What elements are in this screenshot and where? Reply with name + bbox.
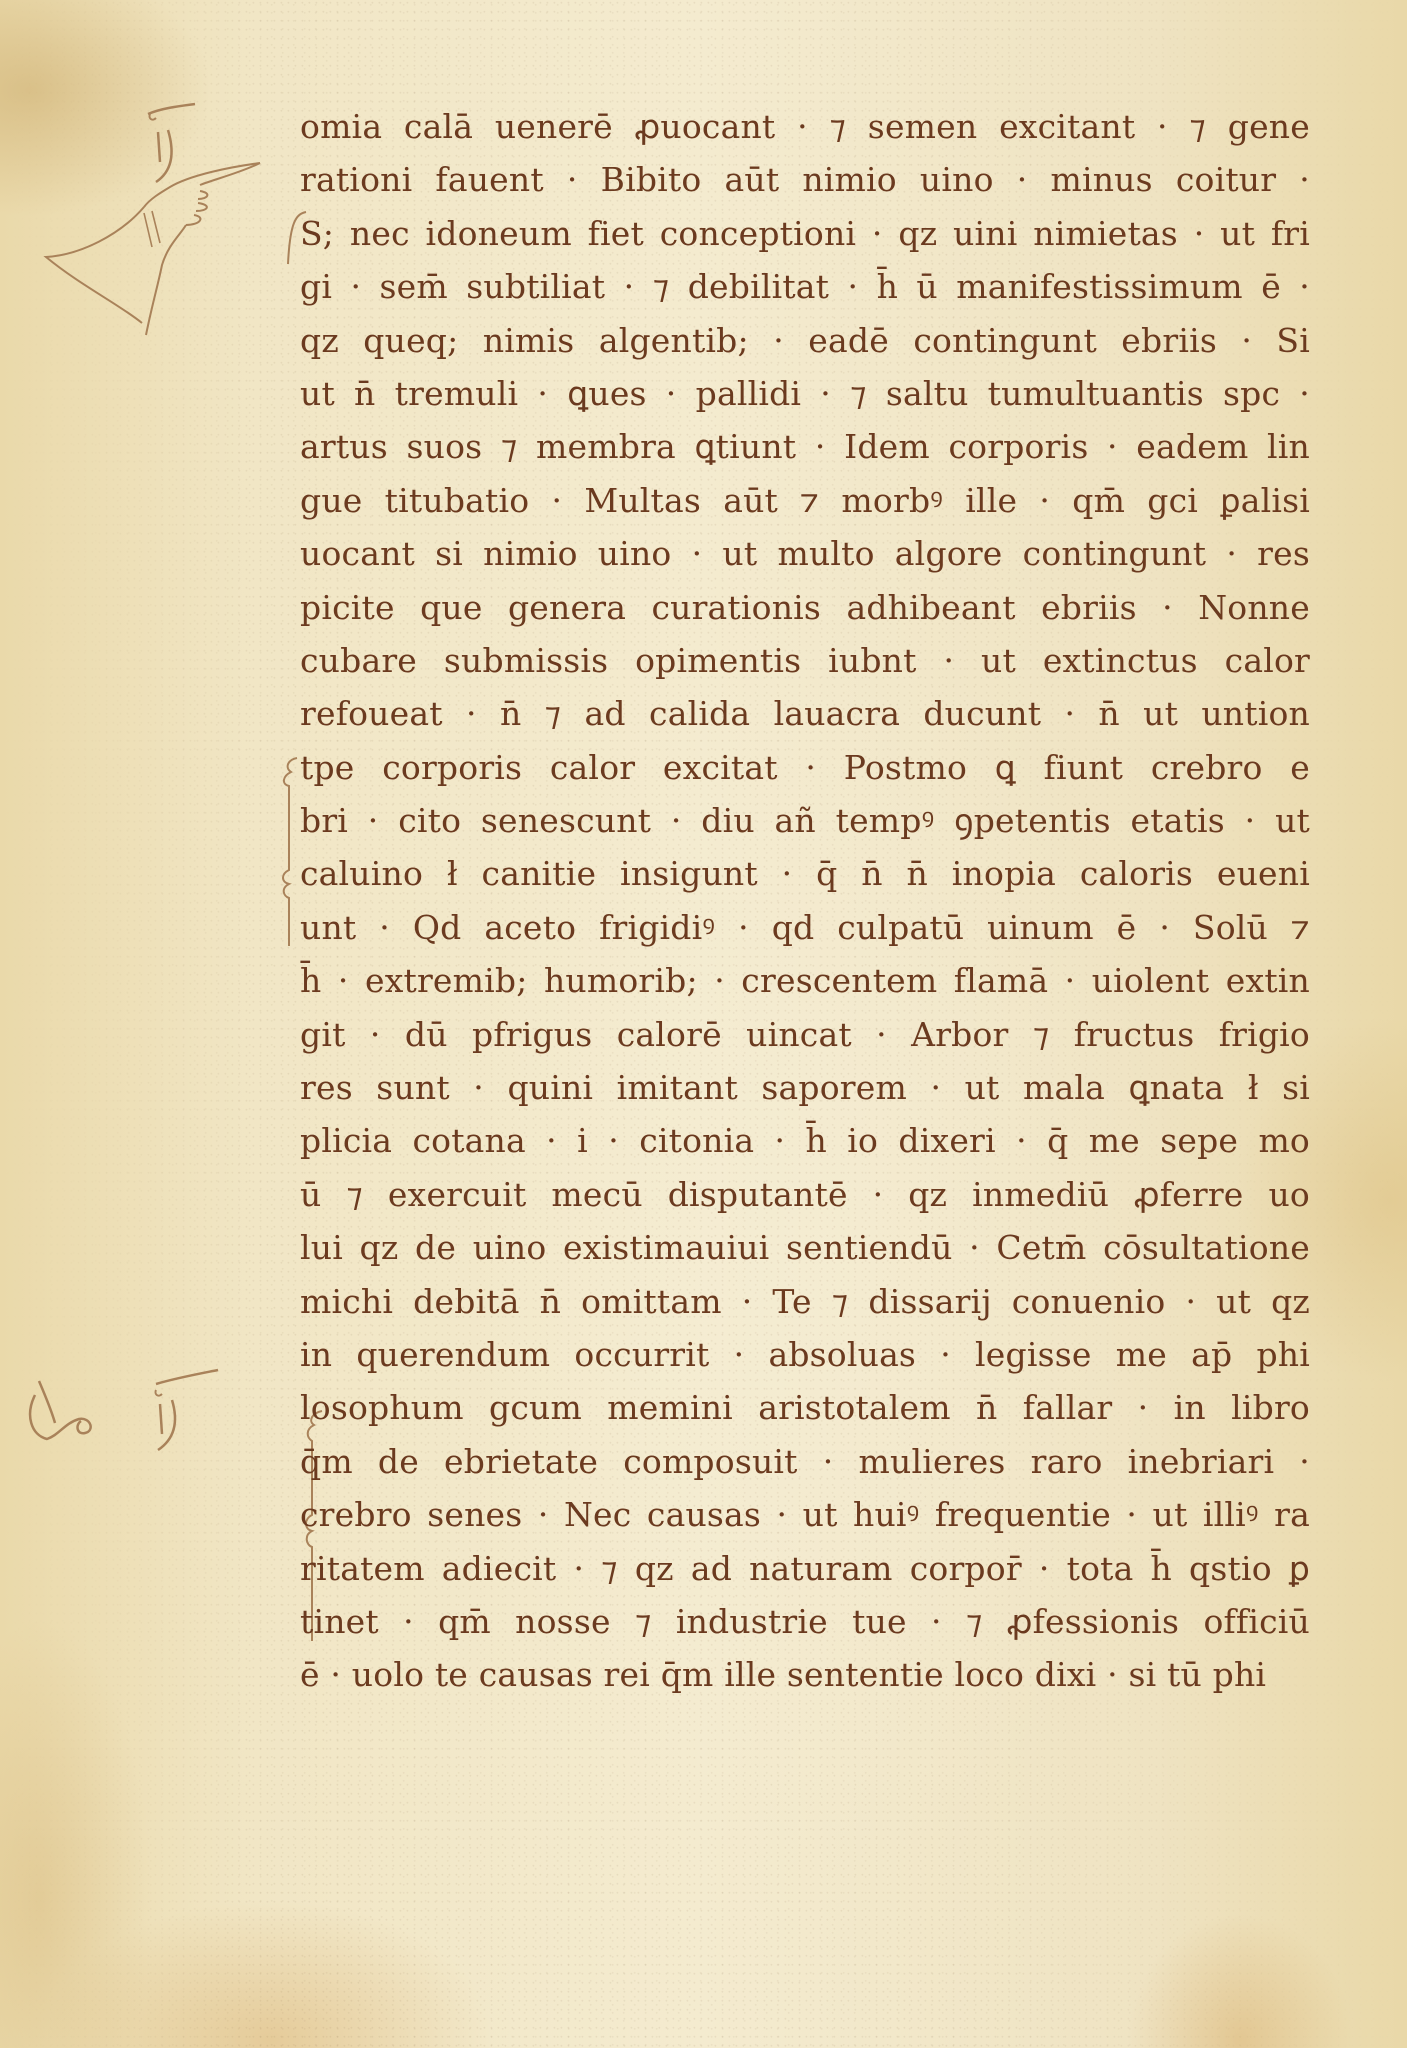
nota-mark-bottom [148, 1368, 228, 1458]
text-line: lui qz de uino existimauiui sentiendū · … [300, 1221, 1310, 1274]
text-line: plicia cotana · i · citonia · h̄ io dixe… [300, 1114, 1310, 1167]
text-line: git · dū pfrigus calorē uincat · Arbor ⁊… [300, 1008, 1310, 1061]
text-line: qz queq; nimis algentib; · eadē contingu… [300, 314, 1310, 367]
text-line: q̄m de ebrietate composuit · mulieres ra… [300, 1435, 1310, 1488]
text-line: cubare submissis opimentis iubnt · ut ex… [300, 634, 1310, 687]
text-line: michi debitā n̄ omittam · Te ⁊ dissarij … [300, 1275, 1310, 1328]
text-line: h̄ · extremib; humorib; · crescentem fla… [300, 954, 1310, 1007]
text-line: S; nec idoneum fiet conceptioni · qz uin… [300, 207, 1310, 260]
text-line: refoueat · n̄ ⁊ ad calida lauacra ducunt… [300, 687, 1310, 740]
marginal-d-mark [25, 1375, 105, 1455]
text-line: tinet · qm̄ nosse ⁊ industrie tue · ⁊ ꝓf… [300, 1595, 1310, 1648]
manicule-icon [40, 155, 270, 345]
text-line: crebro senes · Nec causas · ut huiꝰ freq… [300, 1488, 1310, 1541]
text-line: gue titubatio · Multas aūt ⁊ morbꝰ ille … [300, 474, 1310, 527]
text-line: ut n̄ tremuli · ꝗues · pallidi · ⁊ saltu… [300, 367, 1310, 420]
text-line: picite que genera curationis adhibeant e… [300, 581, 1310, 634]
manuscript-text-block: omia calā uenerē ꝓuocant · ⁊ semen excit… [300, 100, 1310, 1702]
text-line: bri · cito senescunt · diu añ tempꝰ ꝯpet… [300, 794, 1310, 847]
text-line: artus suos ⁊ membra ꝗtiunt · Idem corpor… [300, 420, 1310, 473]
text-line: rationi fauent · Bibito aūt nimio uino ·… [300, 153, 1310, 206]
text-line: tpe corporis calor excitat · Postmo ꝗ fi… [300, 741, 1310, 794]
text-line: gi · sem̄ subtiliat · ⁊ debilitat · h̄ ū… [300, 260, 1310, 313]
text-line: omia calā uenerē ꝓuocant · ⁊ semen excit… [300, 100, 1310, 153]
text-line: in querendum occurrit · absoluas · legis… [300, 1328, 1310, 1381]
text-line: ritatem adiecit · ⁊ qz ad naturam corpor… [300, 1542, 1310, 1595]
text-line: ē · uolo te causas rei q̄m ille sententi… [300, 1648, 1310, 1701]
text-line: unt · Qd aceto frigidiꝰ · qd culpatū uin… [300, 901, 1310, 954]
text-line: ū ⁊ exercuit mecū disputantē · qz inmedi… [300, 1168, 1310, 1221]
text-line: res sunt · quini imitant saporem · ut ma… [300, 1061, 1310, 1114]
text-line: losophum gcum memini aristotalem n̄ fall… [300, 1381, 1310, 1434]
text-line: caluino ł canitie insigunt · q̄ n̄ n̄ in… [300, 847, 1310, 900]
text-line: uocant si nimio uino · ut multo algore c… [300, 527, 1310, 580]
